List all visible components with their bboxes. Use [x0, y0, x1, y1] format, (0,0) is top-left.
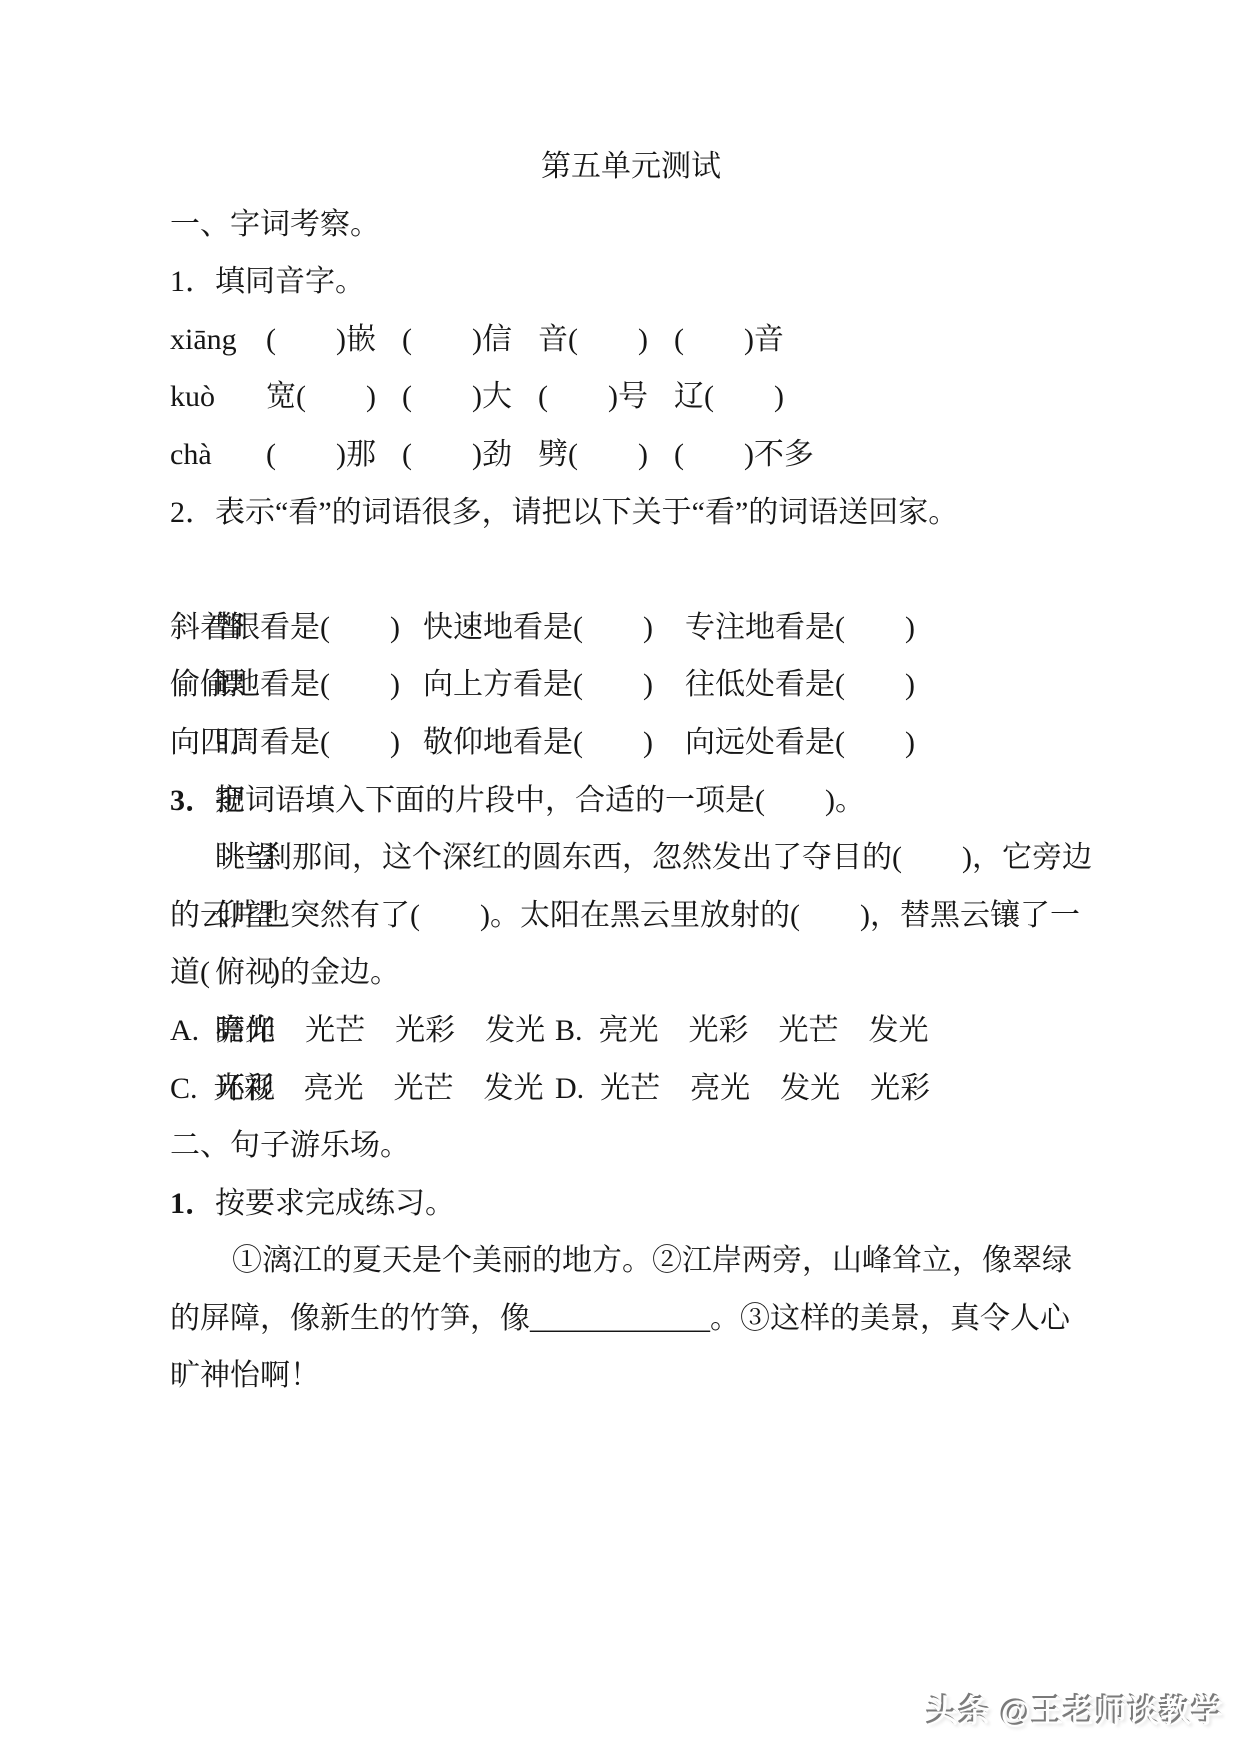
blank-item: 专注地看是( ): [685, 599, 1092, 657]
question-number: 1．: [170, 265, 215, 298]
question-number: 2．: [170, 496, 215, 529]
option-words: 光芒 亮光 发光 光彩: [600, 1072, 930, 1105]
blank-row-3: 向四周看是( ) 敬仰地看是( ) 向远处看是( ): [170, 714, 1092, 772]
option-d: D.光芒 亮光 发光 光彩: [555, 1060, 1092, 1118]
pinyin-label: chà: [170, 426, 266, 484]
option-key: D.: [555, 1060, 584, 1118]
worksheet-content: 第五单元测试 一、字词考察。 1．填同音字。 xiāng ( )嵌 ( )信 音…: [170, 138, 1092, 1405]
homophone-row-cha: chà ( )那 ( )劲 劈( ) ( )不多: [170, 426, 1092, 484]
question-number: 1．: [170, 1187, 215, 1220]
blank-item: 斜着眼看是( ): [170, 599, 423, 657]
blank-item: 往低处看是( ): [685, 656, 1092, 714]
options-row-ab: A.亮光 光芒 光彩 发光 B.亮光 光彩 光芒 发光: [170, 1002, 1092, 1060]
options-row-cd: C.光彩 亮光 光芒 发光 D.光芒 亮光 发光 光彩: [170, 1060, 1092, 1118]
homophone-row-xiang: xiāng ( )嵌 ( )信 音( ) ( )音: [170, 311, 1092, 369]
option-words: 光彩 亮光 光芒 发光: [214, 1072, 544, 1105]
question-label-q1: 1．填同音字。: [170, 253, 1092, 311]
blank-row-1: 斜着眼看是( ) 快速地看是( ) 专注地看是( ): [170, 599, 1092, 657]
homophone-cell: 音( ): [538, 311, 648, 369]
homophone-cell: 宽( ): [266, 368, 376, 426]
homophone-cell: ( )号: [538, 368, 648, 426]
question-text: 按要求完成练习。: [215, 1187, 455, 1220]
homophone-cell: ( )不多: [674, 426, 814, 484]
question-text: 把词语填入下面的片段中，合适的一项是( )。: [215, 784, 865, 817]
passage-line: 道( )的金边。: [170, 944, 1092, 1002]
option-c: C.光彩 亮光 光芒 发光: [170, 1060, 555, 1118]
page-title: 第五单元测试: [170, 138, 1092, 196]
option-a: A.亮光 光芒 光彩 发光: [170, 1002, 555, 1060]
homophone-cell: ( )劲: [402, 426, 512, 484]
option-key: B.: [555, 1002, 583, 1060]
option-key: C.: [170, 1060, 198, 1118]
passage-line: 的屏障，像新生的竹笋，像____________。③这样的美景，真令人心: [170, 1290, 1092, 1348]
option-words: 亮光 光彩 光芒 发光: [599, 1014, 929, 1047]
blank-item: 快速地看是( ): [423, 599, 685, 657]
homophone-cell: 辽( ): [674, 368, 784, 426]
passage-line: 一刹那间，这个深红的圆东西，忽然发出了夺目的( )，它旁边: [170, 829, 1092, 887]
homophone-cell: ( )大: [402, 368, 512, 426]
question-label-q3: 3．把词语填入下面的片段中，合适的一项是( )。: [170, 772, 1092, 830]
homophone-cell: ( )嵌: [266, 311, 376, 369]
homophone-row-kuo: kuò 宽( ) ( )大 ( )号 辽( ): [170, 368, 1092, 426]
blank-item: 偷偷地看是( ): [170, 656, 423, 714]
section-heading-1: 一、字词考察。: [170, 196, 1092, 254]
blank-item: 向远处看是( ): [685, 714, 1092, 772]
option-b: B.亮光 光彩 光芒 发光: [555, 1002, 1092, 1060]
section-heading-2: 二、句子游乐场。: [170, 1117, 1092, 1175]
option-words: 亮光 光芒 光彩 发光: [215, 1014, 545, 1047]
blank-item: 敬仰地看是( ): [423, 714, 685, 772]
homophone-cell: ( )音: [674, 311, 784, 369]
option-key: A.: [170, 1002, 199, 1060]
homophone-cell: ( )那: [266, 426, 376, 484]
passage-line: 旷神怡啊！: [170, 1347, 1092, 1405]
passage-line: 的云片也突然有了( )。太阳在黑云里放射的( )，替黑云镶了一: [170, 887, 1092, 945]
question-number: 3．: [170, 784, 215, 817]
pinyin-label: kuò: [170, 368, 266, 426]
worksheet-page: 第五单元测试 一、字词考察。 1．填同音字。 xiāng ( )嵌 ( )信 音…: [0, 0, 1242, 1757]
blank-row-2: 偷偷地看是( ) 向上方看是( ) 往低处看是( ): [170, 656, 1092, 714]
watermark: 头条 @王老师谈教学: [927, 1686, 1224, 1731]
word-bank: 瞥 瞟 盯 窥 眺望 仰望 俯视 瞻仰 环视: [170, 541, 1092, 599]
blank-item: 向上方看是( ): [423, 656, 685, 714]
homophone-cell: 劈( ): [538, 426, 648, 484]
question-label-q2: 2．表示“看”的词语很多，请把以下关于“看”的词语送回家。: [170, 484, 1092, 542]
question-label-p2q1: 1．按要求完成练习。: [170, 1175, 1092, 1233]
pinyin-label: xiāng: [170, 311, 266, 369]
question-text: 表示“看”的词语很多，请把以下关于“看”的词语送回家。: [215, 496, 958, 529]
blank-item: 向四周看是( ): [170, 714, 423, 772]
question-text: 填同音字。: [215, 265, 365, 298]
passage-line: ①漓江的夏天是个美丽的地方。②江岸两旁，山峰耸立，像翠绿: [170, 1232, 1092, 1290]
homophone-cell: ( )信: [402, 311, 512, 369]
